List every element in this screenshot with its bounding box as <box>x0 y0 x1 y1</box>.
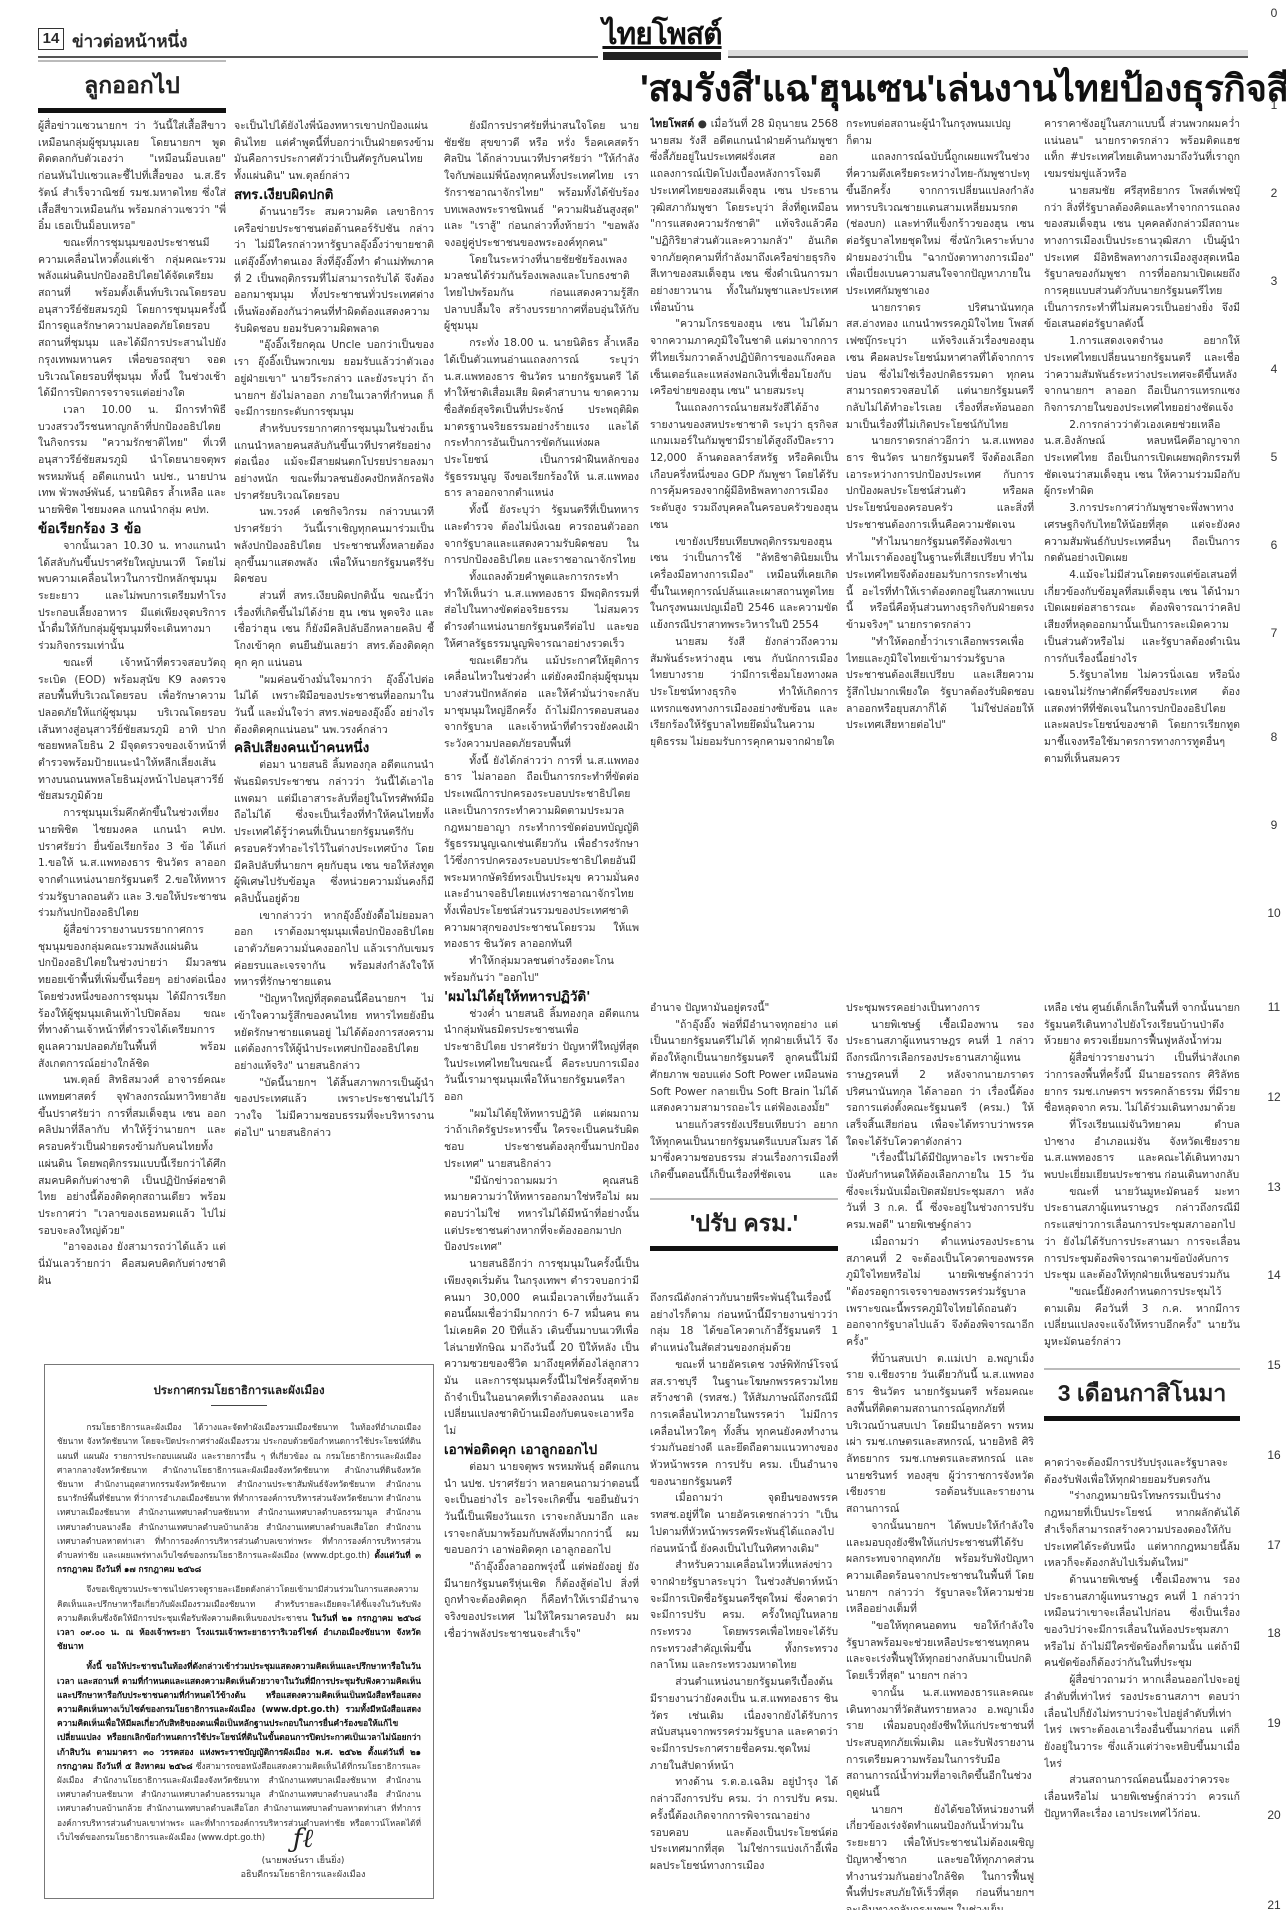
paragraph: ที่โรงเรียนแม่จันวิทยาคม ตำบลป่าซาง อำเภ… <box>1044 1117 1240 1184</box>
notice-paragraph: ทั้งนี้ ขอให้ประชาชนในท้องที่ดังกล่าวเข้… <box>57 1659 421 1844</box>
byline-tag: ไทยโพสต์ <box>650 118 694 130</box>
paragraph: "บัดนี้นายกฯ ได้สิ้นสภาพการเป็นผู้นำของป… <box>234 1075 434 1142</box>
paragraph: "อาจองเอง ยังสามารถว่าได้แล้ว แต่นี่มันเ… <box>38 1239 226 1289</box>
main-column-2-lower: ประชุมพรรคอย่างเป็นทางการ นายพิเชษฐ์ เชื… <box>846 1000 1034 1910</box>
paragraph: "ร่างกฎหมายนิรโทษกรรมเป็นร่างกฎหมายที่เป… <box>1044 1488 1240 1572</box>
paragraph: ทั้งนี้ ยังระบุว่า รัฐมนตรีที่เป็นทหารแล… <box>444 502 639 569</box>
notice-paragraph: จึงขอเชิญชวนประชาชนไปตรวจดูรายละเอียดดัง… <box>57 1582 421 1653</box>
ruler-mark: 8 <box>1262 730 1286 744</box>
paragraph: กระทั่ง 18.00 น. นายนิติธร ล้ำเหลือ ได้เ… <box>444 335 639 502</box>
paragraph: ขณะที่ นายอัครเดช วงษ์พิทักษ์โรจน์ สส.รา… <box>650 1357 838 1491</box>
paragraph: จากนั้นเวลา 10.30 น. ทางแกนนำได้สลับกันข… <box>38 538 226 655</box>
subhead: 'ผมไม่ได้ยุให้ทหารปฏิวัติ' <box>444 988 639 1006</box>
paragraph: สำหรับบรรยากาศการชุมนุมในช่วงเย็น แกนนำห… <box>234 421 434 505</box>
ruler-mark: 19 <box>1262 1716 1286 1730</box>
paragraph: "ทำให้ตอกย้ำว่าเราเลือกพรรคเพื่อไทยและภู… <box>846 634 1034 734</box>
ruler-mark: 21 <box>1262 1898 1286 1912</box>
paragraph: ถึงกรณีดังกล่าวกับนายพีระพันธุ์ในเรื่องน… <box>650 1290 838 1357</box>
ruler-mark: 7 <box>1262 626 1286 640</box>
kicker-title: 'ปรับ ครม.' <box>650 1208 838 1238</box>
main-headline: 'สมรังสี'แฉ'ฮุนเซน'เล่นงานไทยป้องธุรกิจส… <box>640 68 1250 110</box>
subhead: สทร.เงียบผิดปกติ <box>234 186 434 204</box>
ruler-mark: 2 <box>1262 186 1286 200</box>
left-story-kicker: ลูกออกไป <box>38 60 226 113</box>
paragraph: ยังมีการปราศรัยที่น่าสนใจโดย นายชัยชัย ส… <box>444 118 639 252</box>
paragraph: โดยในระหว่างที่นายชัยชัยร้องเพลง มวลชนได… <box>444 252 639 336</box>
section-title: ข่าวต่อหน้าหนึ่ง <box>72 28 187 55</box>
ruler-mark: 10 <box>1262 906 1286 920</box>
paragraph: 5.รัฐบาลไทย ไม่ควรนิ่งเฉย หรือนิ่งเฉยจนไ… <box>1044 667 1240 767</box>
paragraph: เมื่อถามว่า จุดยืนของพรรค รทสช.อยู่ที่ใด… <box>650 1490 838 1557</box>
paragraph: ประชุมพรรคอย่างเป็นทางการ <box>846 1000 1034 1017</box>
ruler-mark: 18 <box>1262 1626 1286 1640</box>
paragraph: "ผมค่อนข้างมั่นใจมากว่า อุ๊งอิ๊งไปต่อไม่… <box>234 672 434 739</box>
article-column-2: จะเป็นไปได้ยังไงพี่น้องทหารเขาปกป้องแผ่น… <box>234 40 434 1330</box>
paragraph: จะเป็นไปได้ยังไงพี่น้องทหารเขาปกป้องแผ่น… <box>234 118 434 185</box>
paragraph: ส่วนตำแหน่งนายกรัฐมนตรีเบื้องต้น มีรายงา… <box>650 1674 838 1774</box>
paragraph: ขณะที่ นายวันมูหะมัดนอร์ มะทา ประธานสภาผ… <box>1044 1184 1240 1284</box>
line-ruler: 0 1 2 3 4 5 6 7 8 9 10 11 12 13 14 15 16… <box>1262 0 1286 1920</box>
paragraph: "เรื่องนี้ไม่ได้มีปัญหาอะไร เพราะข้อบังค… <box>846 1150 1034 1234</box>
kicker-cabinet-reshuffle: 'ปรับ ครม.' <box>650 1198 838 1251</box>
paragraph: เขากล่าวว่า หากอุ๊งอิ๊งยังดื้อไม่ยอมลาออ… <box>234 908 434 992</box>
ruler-mark: 17 <box>1262 1538 1286 1552</box>
page-number: 14 <box>38 28 64 50</box>
paragraph: เมื่อถามว่า ตำแหน่งรองประธานสภาคนที่ 2 จ… <box>846 1234 1034 1351</box>
paragraph: อำนาจ ปัญหามันอยู่ตรงนี้" <box>650 1000 838 1017</box>
paragraph: ทั้งแถลงด้วยคำพูดและการกระทำ ทำให้เห็นว่… <box>444 569 639 653</box>
paragraph: ผู้สื่อข่าวรายงานว่า เป็นที่น่าสังเกตว่า… <box>1044 1050 1240 1117</box>
notice-bold-text: ทั้งนี้ ขอให้ประชาชนในท้องที่ดังกล่าวเข้… <box>57 1661 421 1770</box>
ruler-mark: 16 <box>1262 1448 1286 1462</box>
paragraph: ผู้สื่อข่าวรายงานบรรยากาศการชุมนุมของกลุ… <box>38 922 226 1072</box>
main-column-3: คาราคาซังอยู่ในสภาแบบนี้ ส่วนพวกผมคว่ำแน… <box>1044 116 1240 996</box>
ruler-mark: 0 <box>1262 6 1286 20</box>
ruler-mark: 3 <box>1262 274 1286 288</box>
paragraph: นายกราดร ปริศนานันทกุล สส.อ่างทอง แกนนำพ… <box>846 300 1034 434</box>
kicker-top-rule <box>1044 1368 1240 1370</box>
ruler-mark: 15 <box>1262 1358 1286 1372</box>
lead-text: เมื่อวันที่ 28 มิถุนายน 2568 นายสม รังสี… <box>650 118 838 314</box>
paragraph: ด้านนายพิเชษฐ์ เชื้อเมืองพาน รองประธานสภ… <box>1044 1572 1240 1672</box>
subhead: ข้อเรียกร้อง 3 ข้อ <box>38 520 226 538</box>
paragraph: นายพิเชษฐ์ เชื้อเมืองพาน รองประธานสภาผู้… <box>846 1017 1034 1151</box>
paragraph: "ถ้าอุ๊งอิ๊ง พ่อที่มีอำนาจทุกอย่าง แต่เป… <box>650 1017 838 1117</box>
paragraph: เวลา 10.00 น. มีการทำพิธีบวงสรวงวีรชนหาญ… <box>38 402 226 519</box>
paragraph: "มีนักข่าวถามผมว่า คุณสนธิหมายความว่าให้… <box>444 1173 639 1257</box>
paragraph: ในแถลงการณ์นายสมรังสีได้อ้างรายงานของสหป… <box>650 400 838 534</box>
subhead: เอาพ่อติดคุก เอาลูกออกไป <box>444 1441 639 1459</box>
ruler-mark: 12 <box>1262 1090 1286 1104</box>
paragraph: ขณะเดียวกัน แม้ประกาศให้ยุติการเคลื่อนไห… <box>444 653 639 753</box>
kicker-casino: 3 เดือนกาสิโนมา <box>1044 1368 1240 1421</box>
paragraph: "ปัญหาใหญ่ที่สุดตอนนี้คือนายกฯ ไม่เข้าใจ… <box>234 991 434 1075</box>
ruler-mark: 14 <box>1262 1268 1286 1282</box>
ruler-mark: 11 <box>1262 1000 1286 1014</box>
paragraph: นายกฯ ยังได้ขอให้หน่วยงานที่เกี่ยวข้องเร… <box>846 1802 1034 1910</box>
paragraph: กระทบต่อสถานะผู้นำในกรุงพนมเปญก็ตาม <box>846 116 1034 149</box>
paragraph: นพ.ตุลย์ สิทธิสมวงศ์ อาจารย์คณะแพทยศาสตร… <box>38 1072 226 1239</box>
kicker-top-rule <box>650 1198 838 1200</box>
article-column-1: ผู้สื่อข่าวแซวนายกฯ ว่า วันนี้ใส่เสื้อสี… <box>38 118 226 1328</box>
header-rule-right <box>728 56 1248 58</box>
paragraph: นายแก้วสรรยังเปรียบเทียบว่า อยากให้ทุกคน… <box>650 1117 838 1180</box>
kicker-bar <box>650 1246 838 1251</box>
kicker-bar <box>1044 1416 1240 1421</box>
newspaper-page: 14 ข่าวต่อหน้าหนึ่ง ไทยโพสต์ 0 1 2 3 4 5… <box>0 0 1286 1920</box>
main-column-1-lower: อำนาจ ปัญหามันอยู่ตรงนี้" "ถ้าอุ๊งอิ๊ง พ… <box>650 1000 838 1180</box>
paragraph: ด้านนายวีระ สมความคิด เลขาธิการเครือข่าย… <box>234 204 434 338</box>
paragraph: ที่บ้านสบเปา ต.แม่เปา อ.พญาเม็งราย จ.เชี… <box>846 1351 1034 1518</box>
paragraph: นายกราดรกล่าวอีกว่า น.ส.แพทองธาร ชินวัตร… <box>846 433 1034 533</box>
signature-block: ƒℓ (นายพงษ์นรา เย็นยิ่ง) อธิบดีกรมโยธาธิ… <box>213 1824 393 1882</box>
paragraph: 4.แม้จะไม่มีส่วนโดยตรงแต่ข้อเสนอที่เกี่ย… <box>1044 567 1240 667</box>
kicker-bar <box>38 108 226 113</box>
paragraph: ทางด้าน ร.ต.อ.เฉลิม อยู่บำรุง ได้กล่าวถึ… <box>650 1774 838 1874</box>
ruler-mark: 6 <box>1262 538 1286 552</box>
paragraph: จากนั้นนายกฯ ได้พบปะให้กำลังใจและมอบถุงย… <box>846 1518 1034 1618</box>
kicker-top-rule <box>38 60 226 62</box>
paragraph: นายสม รังสี ยังกล่าวถึงความสัมพันธ์ระหว่… <box>650 634 838 751</box>
article-column-3: ยังมีการปราศรัยที่น่าสนใจโดย นายชัยชัย ส… <box>444 40 639 1920</box>
kicker-title: 3 เดือนกาสิโนมา <box>1044 1378 1240 1408</box>
main-column-1: ไทยโพสต์ ● เมื่อวันที่ 28 มิถุนายน 2568 … <box>650 116 838 1136</box>
ruler-mark: 9 <box>1262 818 1286 832</box>
paragraph: ทำให้กลุ่มมวลชนต่างร้องตะโกนพร้อมกันว่า … <box>444 953 639 986</box>
paragraph: คาดว่าจะต้องมีการปรับปรุงและรัฐบาลจะต้อง… <box>1044 1455 1240 1488</box>
main-column-2: กระทบต่อสถานะผู้นำในกรุงพนมเปญก็ตาม แถลง… <box>846 116 1034 996</box>
main-column-3-bottom: คาดว่าจะต้องมีการปรับปรุงและรัฐบาลจะต้อง… <box>1044 1455 1240 1910</box>
ruler-mark: 13 <box>1262 1180 1286 1194</box>
page-header: 14 ข่าวต่อหน้าหนึ่ง ไทยโพสต์ <box>38 20 1248 60</box>
paragraph: ทั้งนี้ ยังได้กล่าวว่า การที่ น.ส.แพทองธ… <box>444 753 639 953</box>
signature-icon: ƒℓ <box>213 1824 393 1854</box>
paragraph: 1.การแสดงเจตจำนง อยากให้ประเทศไทยเปลี่ยน… <box>1044 333 1240 417</box>
ruler-mark: 5 <box>1262 450 1286 464</box>
notice-title-rule <box>211 1405 267 1406</box>
paragraph: 2.การกล่าวว่าตัวเองเคยช่วยเหลือ น.ส.อิงล… <box>1044 417 1240 501</box>
paragraph: ต่อมา นายจตุพร พรหมพันธุ์ อดีตแกนนำ นปช.… <box>444 1459 639 1559</box>
paragraph: "ขณะนี้ยังคงกำหนดการประชุมไว้ตามเดิม คือ… <box>1044 1284 1240 1351</box>
paragraph: สำหรับความเคลื่อนไหวที่แหล่งข่าวจากฝ่ายร… <box>650 1557 838 1674</box>
ruler-mark: 4 <box>1262 362 1286 376</box>
paragraph: ช่วงค่ำ นายสนธิ ลิ้มทองกุล อดีตแกนนำกลุ่… <box>444 1006 639 1106</box>
paragraph: "ขอให้ทุกคนอดทน ขอให้กำลังใจ รัฐบาลพร้อม… <box>846 1618 1034 1685</box>
paragraph: นายสมชัย ศรีสุทธิยากร โพสต์เฟซบุ๊กว่า สิ… <box>1044 183 1240 333</box>
paragraph: นายสนธิอีกว่า การชุมนุมในครั้งนี้เป็นเพี… <box>444 1256 639 1440</box>
paragraph: ส่วนสถานการณ์ตอนนี้มองว่าควรจะเลื่อนหรือ… <box>1044 1772 1240 1822</box>
paragraph: "อุ๊งอิ๊งเรียกคุณ Uncle บอกว่าเป็นของเรา… <box>234 337 434 421</box>
paragraph: เขายังเปรียบเทียบพฤติกรรมของฮุน เซน ว่าเ… <box>650 534 838 634</box>
notice-text: กรมโยธาธิการและผังเมือง ได้วางและจัดทำผั… <box>57 1422 421 1560</box>
public-notice-box: ประกาศกรมโยธาธิการและผังเมือง กรมโยธาธิก… <box>44 1364 434 1899</box>
paragraph: 3.การประกาศว่ากัมพูชาจะพึ่งพาทางเศรษฐกิจ… <box>1044 500 1240 567</box>
paragraph: จากนั้น น.ส.แพทองธารและคณะเดินทางมาที่วั… <box>846 1685 1034 1802</box>
paragraph: "ทำไมนายกรัฐมนตรีต้องฟังเขา ทำไมเราต้องอ… <box>846 534 1034 634</box>
kicker-title: ลูกออกไป <box>38 70 226 100</box>
paragraph: "ถ้าอุ๊งอิ๊งลาออกพรุ่งนี้ แต่พ่อยังอยู่ … <box>444 1559 639 1643</box>
main-column-1-bottom: ถึงกรณีดังกล่าวกับนายพีระพันธุ์ในเรื่องน… <box>650 1290 838 1910</box>
signer-name: (นายพงษ์นรา เย็นยิ่ง) <box>213 1854 393 1868</box>
paragraph: ขณะที่การชุมนุมของประชาชนมีความเคลื่อนไห… <box>38 235 226 402</box>
paragraph: ขณะที่ เจ้าหน้าที่ตรวจสอบวัตถุระเบิด (EO… <box>38 655 226 805</box>
lead-paragraph: ไทยโพสต์ ● เมื่อวันที่ 28 มิถุนายน 2568 … <box>650 116 838 316</box>
paragraph: นพ.วรงค์ เดชกิจวิกรม กล่าวบนเวทีปราศรัยว… <box>234 504 434 588</box>
subhead: คลิปเสียงคนเบ้าคนหนึ่ง <box>234 739 434 757</box>
signer-title: อธิบดีกรมโยธาธิการและผังเมือง <box>213 1868 393 1882</box>
paragraph: เหลือ เช่น ศูนย์เด็กเล็กในพื้นที่ จากนั้… <box>1044 1000 1240 1050</box>
paragraph: "ผมไม่ได้ยุให้ทหารปฏิวัติ แต่ผมถามว่าถ้า… <box>444 1106 639 1173</box>
paragraph: ส่วนที่ สทร.เงียบผิดปกตินั้น ขณะนี้ว่าเร… <box>234 588 434 672</box>
ruler-mark: 20 <box>1262 1808 1286 1822</box>
paragraph: "ความโกรธของฮุน เซน ไม่ได้มาจากความภาคภู… <box>650 316 838 400</box>
paragraph: ผู้สื่อข่าวถามว่า หากเลื่อนออกไปจะอยู่ลำ… <box>1044 1672 1240 1772</box>
paragraph: การชุมนุมเริ่มคึกคักขึ้นในช่วงเที่ยง นาย… <box>38 805 226 922</box>
notice-paragraph: กรมโยธาธิการและผังเมือง ได้วางและจัดทำผั… <box>57 1420 421 1576</box>
bullet-icon: ● <box>698 118 707 130</box>
notice-title: ประกาศกรมโยธาธิการและผังเมือง <box>57 1383 421 1397</box>
paragraph: ผู้สื่อข่าวแซวนายกฯ ว่า วันนี้ใส่เสื้อสี… <box>38 118 226 235</box>
paragraph: แถลงการณ์ฉบับนี้ถูกเผยแพร่ในช่วงที่ความต… <box>846 149 1034 299</box>
paragraph: ต่อมา นายสนธิ ลิ้มทองกุล อดีตแกนนำพันธมิ… <box>234 757 434 907</box>
main-column-3-lower: เหลือ เช่น ศูนย์เด็กเล็กในพื้นที่ จากนั้… <box>1044 1000 1240 1370</box>
paragraph: คาราคาซังอยู่ในสภาแบบนี้ ส่วนพวกผมคว่ำแน… <box>1044 116 1240 183</box>
